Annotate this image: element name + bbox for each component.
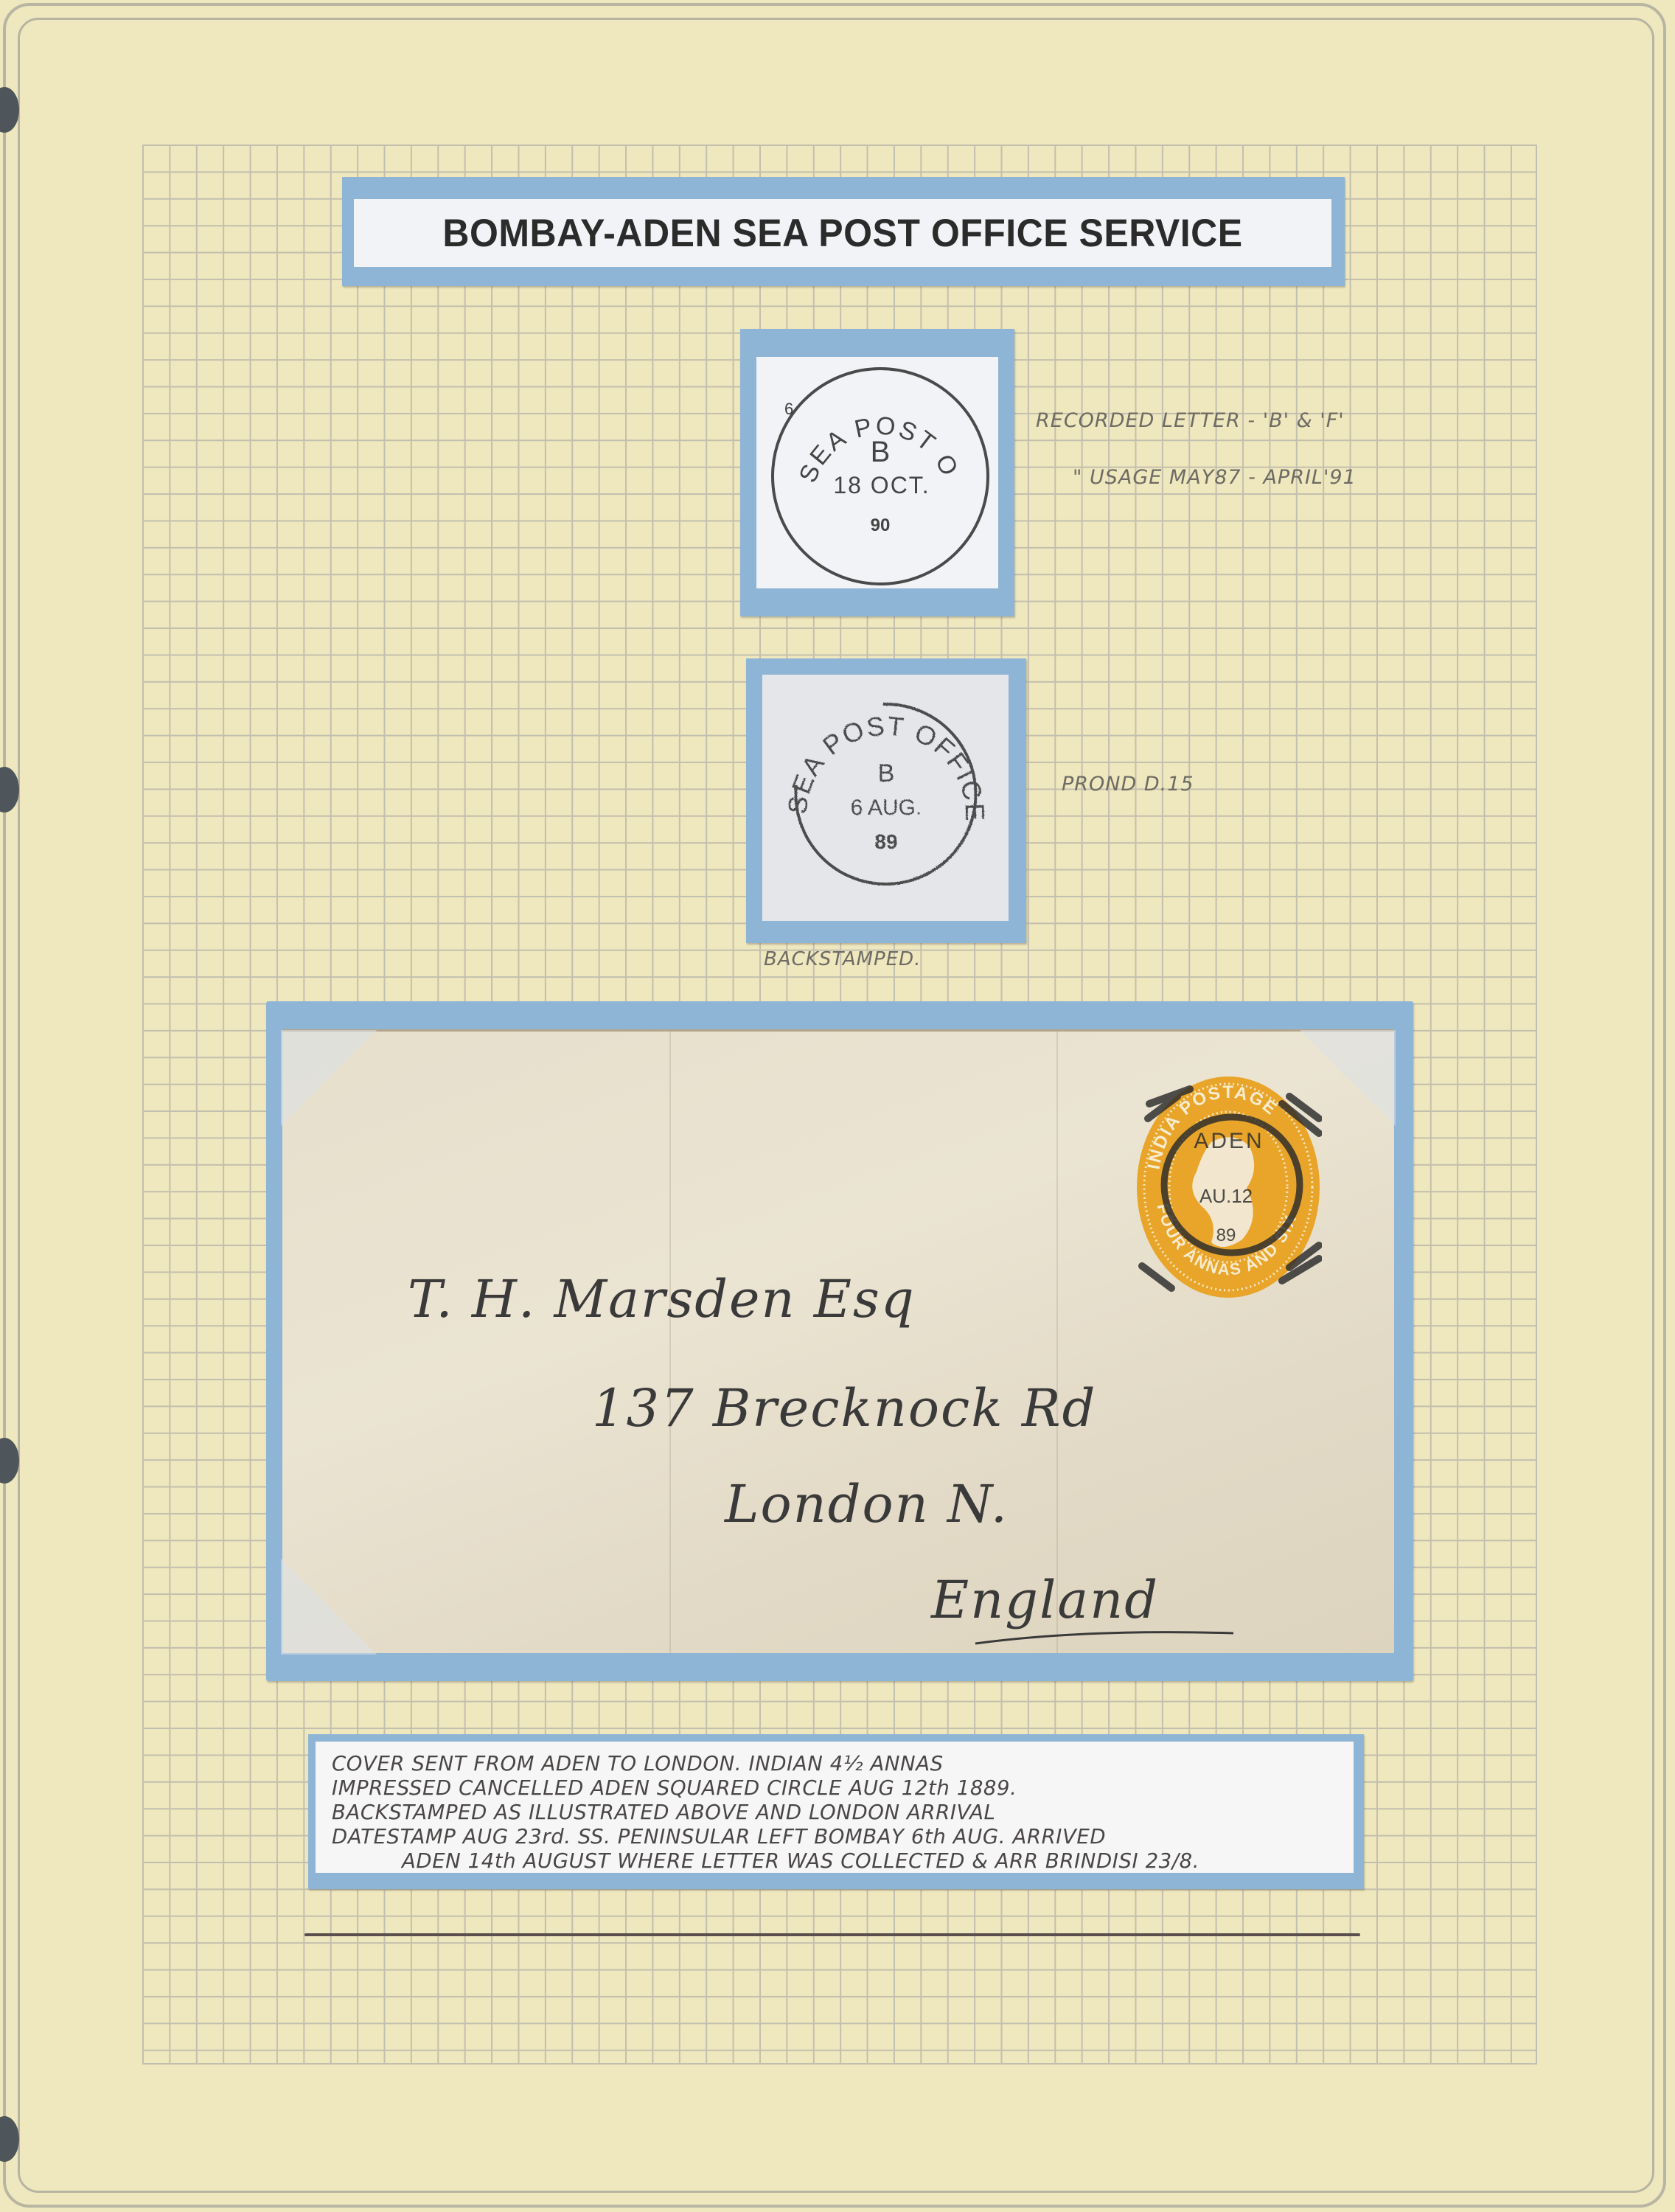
page-rule — [304, 1933, 1360, 1936]
postmark-2-caption: BACKSTAMPED. — [764, 948, 921, 970]
svg-text:6 AUG.: 6 AUG. — [851, 796, 922, 820]
description-line: COVER SENT FROM ADEN TO LONDON. INDIAN 4… — [332, 1752, 1354, 1776]
photo-corner — [281, 1559, 377, 1655]
title-mount: BOMBAY-ADEN SEA POST OFFICE SERVICE — [342, 177, 1345, 286]
svg-text:B: B — [871, 436, 891, 468]
svg-text:AU.12: AU.12 — [1199, 1185, 1253, 1207]
envelope: INDIA POSTAGE FOUR ANNAS AND SIX ADEN AU… — [282, 1029, 1394, 1653]
postmark-1-note: RECORDED LETTER - 'B' & 'F' — [1036, 409, 1345, 432]
svg-text:ADEN: ADEN — [1194, 1129, 1264, 1153]
description-line: IMPRESSED CANCELLED ADEN SQUARED CIRCLE … — [332, 1776, 1354, 1801]
envelope-fold — [669, 1032, 671, 1653]
envelope-fold — [1056, 1032, 1058, 1653]
description-mount: COVER SENT FROM ADEN TO LONDON. INDIAN 4… — [308, 1734, 1364, 1889]
svg-text:89: 89 — [874, 830, 897, 853]
address-line-city: London N. — [725, 1474, 1009, 1534]
svg-text:90: 90 — [871, 515, 891, 535]
description-line: ADEN 14th AUGUST WHERE LETTER WAS COLLEC… — [332, 1849, 1354, 1874]
postmark-2-illustration: SEA POST OFFICE B 6 AUG. 89 — [762, 675, 1009, 921]
cover-mount: INDIA POSTAGE FOUR ANNAS AND SIX ADEN AU… — [266, 1001, 1413, 1681]
postmark-1-illustration: 6 SEA POST OFFICE B 18 OCT. 90 — [756, 357, 998, 588]
description-label: COVER SENT FROM ADEN TO LONDON. INDIAN 4… — [316, 1742, 1354, 1873]
sea-post-office-postmark-icon: 6 SEA POST OFFICE B 18 OCT. 90 — [756, 357, 998, 588]
page-title: BOMBAY-ADEN SEA POST OFFICE SERVICE — [442, 211, 1242, 256]
postmark-2-note: PROND D.15 — [1062, 773, 1194, 796]
photo-corner — [281, 1030, 377, 1126]
svg-text:89: 89 — [1216, 1225, 1236, 1245]
indian-postage-stamp-icon: INDIA POSTAGE FOUR ANNAS AND SIX ADEN AU… — [1135, 1074, 1322, 1300]
svg-text:B: B — [878, 759, 895, 787]
svg-text:6: 6 — [784, 400, 793, 418]
postmark-2-mount: SEA POST OFFICE B 6 AUG. 89 — [746, 658, 1026, 943]
description-line: BACKSTAMPED AS ILLUSTRATED ABOVE AND LON… — [332, 1801, 1354, 1825]
svg-text:18 OCT.: 18 OCT. — [833, 472, 930, 498]
address-underline — [968, 1621, 1248, 1651]
title-label: BOMBAY-ADEN SEA POST OFFICE SERVICE — [354, 199, 1331, 267]
address-line-street: 137 Brecknock Rd — [592, 1378, 1096, 1439]
postmark-1-note: " USAGE MAY87 - APRIL'91 — [1073, 466, 1357, 489]
postmark-1-mount: 6 SEA POST OFFICE B 18 OCT. 90 — [740, 329, 1014, 616]
address-line-name: T. H. Marsden Esq — [408, 1269, 916, 1329]
description-line: DATESTAMP AUG 23rd. SS. PENINSULAR LEFT … — [332, 1825, 1354, 1849]
sea-post-office-backstamp-icon: SEA POST OFFICE B 6 AUG. 89 — [762, 675, 1009, 921]
